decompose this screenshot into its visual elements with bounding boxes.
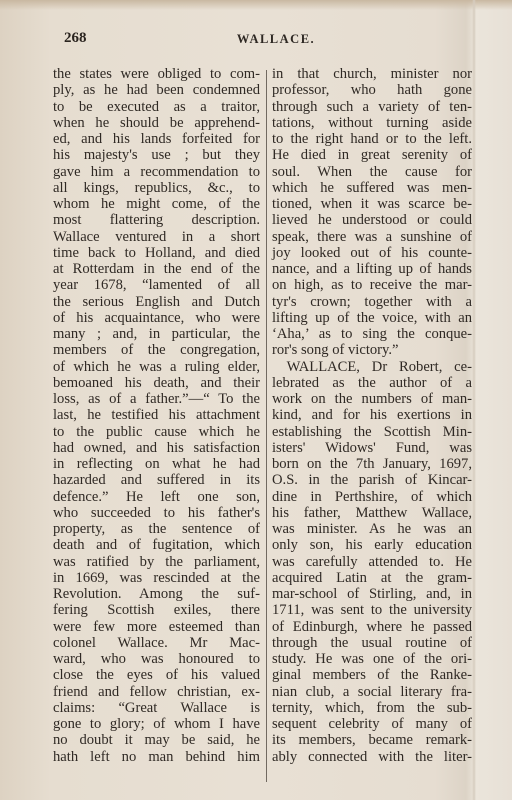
text-line: in 1669, was rescinded at the <box>53 570 260 586</box>
text-line: on high, as to receive the mar- <box>272 277 472 293</box>
text-line: born on the 7th January, 1697, <box>272 456 472 472</box>
text-line: was ratified by the parliament, <box>53 554 260 570</box>
text-line: nian club, a social literary fra- <box>272 684 472 700</box>
text-line: ginal members of the Ranke- <box>272 667 472 683</box>
text-line: tioned, when it was scarce be- <box>272 196 472 212</box>
text-line: was carefully attended to. He <box>272 554 472 570</box>
text-line: ror's song of victory.” <box>272 342 472 358</box>
text-line: ward, who was honoured to <box>53 651 260 667</box>
text-line: property, as the sentence of <box>53 521 260 537</box>
text-line: in reflecting on what he had <box>53 456 260 472</box>
text-line: at Rotterdam in the end of the <box>53 261 260 277</box>
text-line: sequent celebrity of many of <box>272 716 472 732</box>
text-line: most flattering description. <box>53 212 260 228</box>
text-line: ably connected with the liter- <box>272 749 472 765</box>
text-line: his father, Matthew Wallace, <box>272 505 472 521</box>
text-line: its members, became remark- <box>272 732 472 748</box>
page-header: 268 WALLACE. <box>52 30 472 50</box>
text-line: speak, there was a sunshine of <box>272 229 472 245</box>
text-line: tations, without turning aside <box>272 115 472 131</box>
text-line: He died in great serenity of <box>272 147 472 163</box>
text-line: acquired Latin at the gram- <box>272 570 472 586</box>
text-line: claims: “Great Wallace is <box>53 700 260 716</box>
text-line: hath left no man behind him <box>53 749 260 765</box>
book-page: 268 WALLACE. the states were obliged to … <box>0 0 512 800</box>
text-line: through the usual routine of <box>272 635 472 651</box>
text-line: loss, as of a father.”—“ To the <box>53 391 260 407</box>
text-line: hazarded and suffered in its <box>53 472 260 488</box>
text-line: joy looked out of his counte- <box>272 245 472 261</box>
text-line: the serious English and Dutch <box>53 294 260 310</box>
text-line: gone to glory; of whom I have <box>53 716 260 732</box>
text-line: Revolution. Among the suf- <box>53 586 260 602</box>
text-line: were few more esteemed than <box>53 619 260 635</box>
text-line: kind, and for his exertions in <box>272 407 472 423</box>
left-column: the states were obliged to com-ply, as h… <box>53 66 260 765</box>
text-line: who succeeded to his father's <box>53 505 260 521</box>
text-line: through such a variety of ten- <box>272 99 472 115</box>
text-line: all kings, republics, &c., to <box>53 180 260 196</box>
text-line: ‘Aha,’ as to sing the conque- <box>272 326 472 342</box>
text-line: whom he might come, of the <box>53 196 260 212</box>
text-line: ternity, which, from the sub- <box>272 700 472 716</box>
right-column: in that church, minister norprofessor, w… <box>272 66 472 765</box>
text-line: in that church, minister nor <box>272 66 472 82</box>
text-line: lieved he understood or could <box>272 212 472 228</box>
text-line: the states were obliged to com- <box>53 66 260 82</box>
text-line: study. He was one of the ori- <box>272 651 472 667</box>
text-line: gave him a recommendation to <box>53 164 260 180</box>
column-divider <box>266 70 267 782</box>
text-line: establishing the Scottish Min- <box>272 424 472 440</box>
text-line: isters' Widows' Fund, was <box>272 440 472 456</box>
text-line: professor, who hath gone <box>272 82 472 98</box>
text-line: year 1678, “lamented of all <box>53 277 260 293</box>
text-line: bemoaned his death, and their <box>53 375 260 391</box>
text-line: of his acquaintance, who were <box>53 310 260 326</box>
text-line: friend and fellow christian, ex- <box>53 684 260 700</box>
text-line: last, he testified his attachment <box>53 407 260 423</box>
text-line: lebrated as the author of a <box>272 375 472 391</box>
text-line: WALLACE, Dr Robert, ce- <box>272 359 472 375</box>
text-line: tyr's crown; together with a <box>272 294 472 310</box>
text-line: to the public cause which he <box>53 424 260 440</box>
text-line: dine in Perthshire, of which <box>272 489 472 505</box>
text-line: when he should be apprehend- <box>53 115 260 131</box>
text-line: of Edinburgh, where he passed <box>272 619 472 635</box>
text-line: ply, as he had been condemned <box>53 82 260 98</box>
text-line: to the right hand or to the left. <box>272 131 472 147</box>
text-line: colonel Wallace. Mr Mac- <box>53 635 260 651</box>
text-line: which he suffered was men- <box>272 180 472 196</box>
running-head: WALLACE. <box>52 32 472 47</box>
text-line: had owned, and his satisfaction <box>53 440 260 456</box>
text-line: time back to Holland, and died <box>53 245 260 261</box>
text-line: defence.” He left one son, <box>53 489 260 505</box>
text-line: no doubt it may be said, he <box>53 732 260 748</box>
text-line: work on the numbers of man- <box>272 391 472 407</box>
text-line: mar-school of Stirling, and, in <box>272 586 472 602</box>
text-line: many ; and, in particular, the <box>53 326 260 342</box>
text-line: his majesty's use ; but they <box>53 147 260 163</box>
text-line: fering Scottish exiles, there <box>53 602 260 618</box>
text-line: members of the congregation, <box>53 342 260 358</box>
text-line: was minister. As he was an <box>272 521 472 537</box>
text-line: close the eyes of his valued <box>53 667 260 683</box>
text-line: lifting up of the voice, with an <box>272 310 472 326</box>
text-line: to be executed as a traitor, <box>53 99 260 115</box>
text-line: death and of fugitation, which <box>53 537 260 553</box>
text-line: O.S. in the parish of Kincar- <box>272 472 472 488</box>
text-line: ed, and his lands forfeited for <box>53 131 260 147</box>
text-line: of which he was a ruling elder, <box>53 359 260 375</box>
text-line: only son, his early education <box>272 537 472 553</box>
text-line: Wallace ventured in a short <box>53 229 260 245</box>
text-line: nance, and a lifting up of hands <box>272 261 472 277</box>
text-line: soul. When the cause for <box>272 164 472 180</box>
text-line: 1711, was sent to the university <box>272 602 472 618</box>
